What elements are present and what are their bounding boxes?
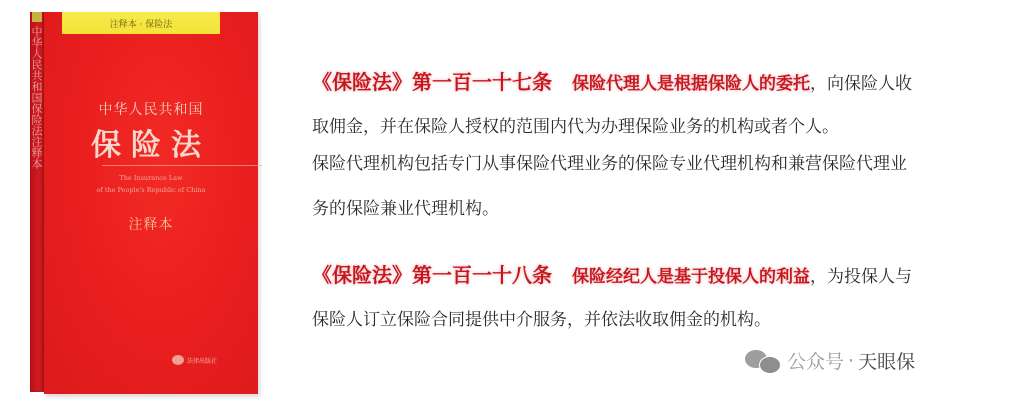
article-117-line3: 保险代理机构包括专门从事保险代理业务的保险专业代理机构和兼营保险代理业 xyxy=(312,149,907,174)
publisher-logo-icon xyxy=(172,355,184,365)
book-cover-image: 中华人民共和国保险法注释本 注释本 · 保险法 中华人民共和国 保险法 The … xyxy=(30,12,258,394)
spine-top-band xyxy=(32,12,42,22)
cover-divider xyxy=(102,165,262,166)
wechat-watermark: 公众号 · 天眼保 xyxy=(745,347,915,374)
article-117-rest: ，向保险人收 xyxy=(810,74,912,94)
article-118-ref: 《保险法》第一百一十八条 xyxy=(312,263,552,287)
cover-english-title: The Insurance Law of the People's Republ… xyxy=(44,172,258,196)
cover-english-line1: The Insurance Law xyxy=(44,172,258,184)
cover-title: 保险法 xyxy=(44,120,258,164)
cover-annotation-label: 注释本 xyxy=(44,214,258,234)
article-117-line1: 《保险法》第一百一十七条保险代理人是根据保险人的委托，向保险人收 xyxy=(312,66,912,95)
book-spine: 中华人民共和国保险法注释本 xyxy=(30,12,44,392)
article-118-highlight: 保险经纪人是基于投保人的利益 xyxy=(572,267,810,287)
article-118-line1: 《保险法》第一百一十八条保险经纪人是基于投保人的利益，为投保人与 xyxy=(312,259,912,288)
book-front: 注释本 · 保险法 中华人民共和国 保险法 The Insurance Law … xyxy=(44,12,258,394)
watermark-label: 公众号 xyxy=(787,347,844,374)
spine-title: 中华人民共和国保险法注释本 xyxy=(31,26,43,169)
watermark-separator: · xyxy=(848,350,854,372)
wechat-icon xyxy=(745,348,783,374)
watermark-account: 天眼保 xyxy=(858,347,915,374)
article-118-line2: 保险人订立保险合同提供中介服务，并依法收取佣金的机构。 xyxy=(312,305,771,330)
cover-english-line2: of the People's Republic of China xyxy=(44,184,258,196)
article-117-highlight: 保险代理人是根据保险人的委托 xyxy=(572,74,810,94)
publisher-name: 法律出版社 xyxy=(187,356,217,365)
article-117-line2: 取佣金，并在保险人授权的范围内代为办理保险业务的机构或者个人。 xyxy=(312,112,839,137)
article-117-line4: 务的保险兼业代理机构。 xyxy=(312,194,499,219)
cover-band: 注释本 · 保险法 xyxy=(62,12,220,34)
article-118-rest: ，为投保人与 xyxy=(810,267,912,287)
publisher-mark: 法律出版社 xyxy=(172,355,217,365)
article-117-ref: 《保险法》第一百一十七条 xyxy=(312,70,552,94)
cover-subtitle: 中华人民共和国 xyxy=(44,99,258,119)
